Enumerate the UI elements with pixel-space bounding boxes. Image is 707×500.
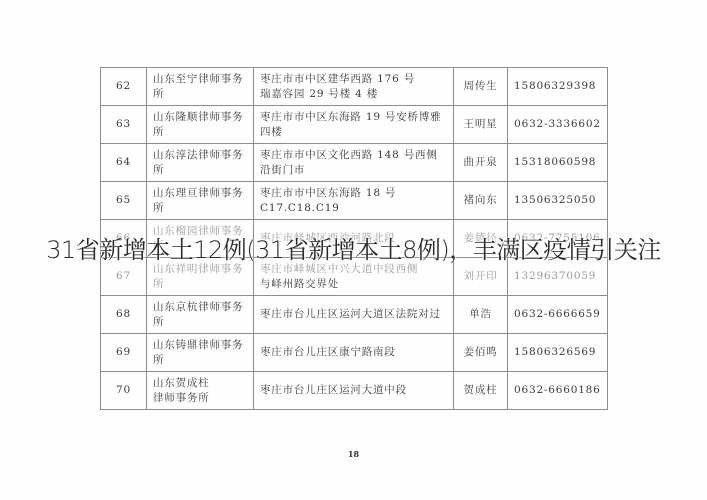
row-number: 62 bbox=[101, 68, 147, 106]
table-row: 70 山东贺成柱律师事务所 枣庄市台儿庄区运河大道中段 贺成柱 0632-666… bbox=[101, 372, 608, 410]
address-line: 枣庄市市中区建华西路 176 号 bbox=[260, 72, 447, 87]
address-line: 枣庄市台儿庄区康宁路南段 bbox=[260, 345, 447, 360]
row-number: 64 bbox=[101, 144, 147, 182]
contact-person: 姜佰鸣 bbox=[454, 334, 508, 372]
phone-number: 13506325050 bbox=[508, 182, 608, 220]
contact-person: 单浩 bbox=[454, 296, 508, 334]
address: 枣庄市台儿庄区运河大道区法院对过 bbox=[254, 296, 454, 334]
row-number: 68 bbox=[101, 296, 147, 334]
firm-name: 山东京杭律师事务所 bbox=[147, 296, 254, 334]
phone-number: 0632-6666659 bbox=[508, 296, 608, 334]
firm-name-line: 律师事务所 bbox=[153, 391, 247, 406]
contact-person: 贺成柱 bbox=[454, 372, 508, 410]
phone-number: 15318060598 bbox=[508, 144, 608, 182]
address: 枣庄市市中区东海路 19 号安桥博雅四楼 bbox=[254, 106, 454, 144]
address-line: 枣庄市台儿庄区运河大道区法院对过 bbox=[260, 307, 447, 322]
firm-name: 山东隆顺律师事务所 bbox=[147, 106, 254, 144]
row-number: 65 bbox=[101, 182, 147, 220]
address: 枣庄市台儿庄区运河大道中段 bbox=[254, 372, 454, 410]
table-row: 62 山东至宁律师事务所 枣庄市市中区建华西路 176 号瑞嘉容园 29 号楼 … bbox=[101, 68, 608, 106]
contact-person: 周传生 bbox=[454, 68, 508, 106]
phone-number: 15806329398 bbox=[508, 68, 608, 106]
address: 枣庄市市中区文化西路 148 号西侧沿街门市 bbox=[254, 144, 454, 182]
table-row: 69 山东铸鼎律师事务所 枣庄市台儿庄区康宁路南段 姜佰鸣 1580632656… bbox=[101, 334, 608, 372]
address-line: 枣庄市市中区文化西路 148 号西侧沿街门市 bbox=[260, 148, 447, 178]
table-row: 65 山东理亘律师事务所 枣庄市市中区东海路 18 号 C17.C18.C19 … bbox=[101, 182, 608, 220]
firm-name: 山东至宁律师事务所 bbox=[147, 68, 254, 106]
row-number: 70 bbox=[101, 372, 147, 410]
address: 枣庄市市中区东海路 18 号 C17.C18.C19 bbox=[254, 182, 454, 220]
firm-name: 山东淳法律师事务所 bbox=[147, 144, 254, 182]
firm-name: 山东铸鼎律师事务所 bbox=[147, 334, 254, 372]
contact-person: 王明星 bbox=[454, 106, 508, 144]
firm-name: 山东贺成柱律师事务所 bbox=[147, 372, 254, 410]
table-row: 68 山东京杭律师事务所 枣庄市台儿庄区运河大道区法院对过 单浩 0632-66… bbox=[101, 296, 608, 334]
address-line: 瑞嘉容园 29 号楼 4 楼 bbox=[260, 87, 447, 102]
contact-person: 曲开泉 bbox=[454, 144, 508, 182]
contact-person: 褚向东 bbox=[454, 182, 508, 220]
phone-number: 0632-3336602 bbox=[508, 106, 608, 144]
table-row: 64 山东淳法律师事务所 枣庄市市中区文化西路 148 号西侧沿街门市 曲开泉 … bbox=[101, 144, 608, 182]
overlay-headline: 31省新增本土12例(31省新增本土8例)，丰满区疫情引关注 bbox=[0, 230, 707, 265]
table-row: 63 山东隆顺律师事务所 枣庄市市中区东海路 19 号安桥博雅四楼 王明星 06… bbox=[101, 106, 608, 144]
address-line: 枣庄市市中区东海路 18 号 C17.C18.C19 bbox=[260, 186, 447, 216]
address: 枣庄市市中区建华西路 176 号瑞嘉容园 29 号楼 4 楼 bbox=[254, 68, 454, 106]
firm-name: 山东理亘律师事务所 bbox=[147, 182, 254, 220]
address-line: 与峄州路交界处 bbox=[260, 277, 447, 292]
address: 枣庄市台儿庄区康宁路南段 bbox=[254, 334, 454, 372]
address-line: 枣庄市台儿庄区运河大道中段 bbox=[260, 383, 447, 398]
row-number: 69 bbox=[101, 334, 147, 372]
phone-number: 15806326569 bbox=[508, 334, 608, 372]
firm-name-line: 山东贺成柱 bbox=[153, 376, 247, 391]
phone-number: 0632-6660186 bbox=[508, 372, 608, 410]
row-number: 63 bbox=[101, 106, 147, 144]
address-line: 枣庄市市中区东海路 19 号安桥博雅四楼 bbox=[260, 110, 447, 140]
page-number: 18 bbox=[0, 449, 707, 459]
document-page: 62 山东至宁律师事务所 枣庄市市中区建华西路 176 号瑞嘉容园 29 号楼 … bbox=[0, 0, 707, 500]
